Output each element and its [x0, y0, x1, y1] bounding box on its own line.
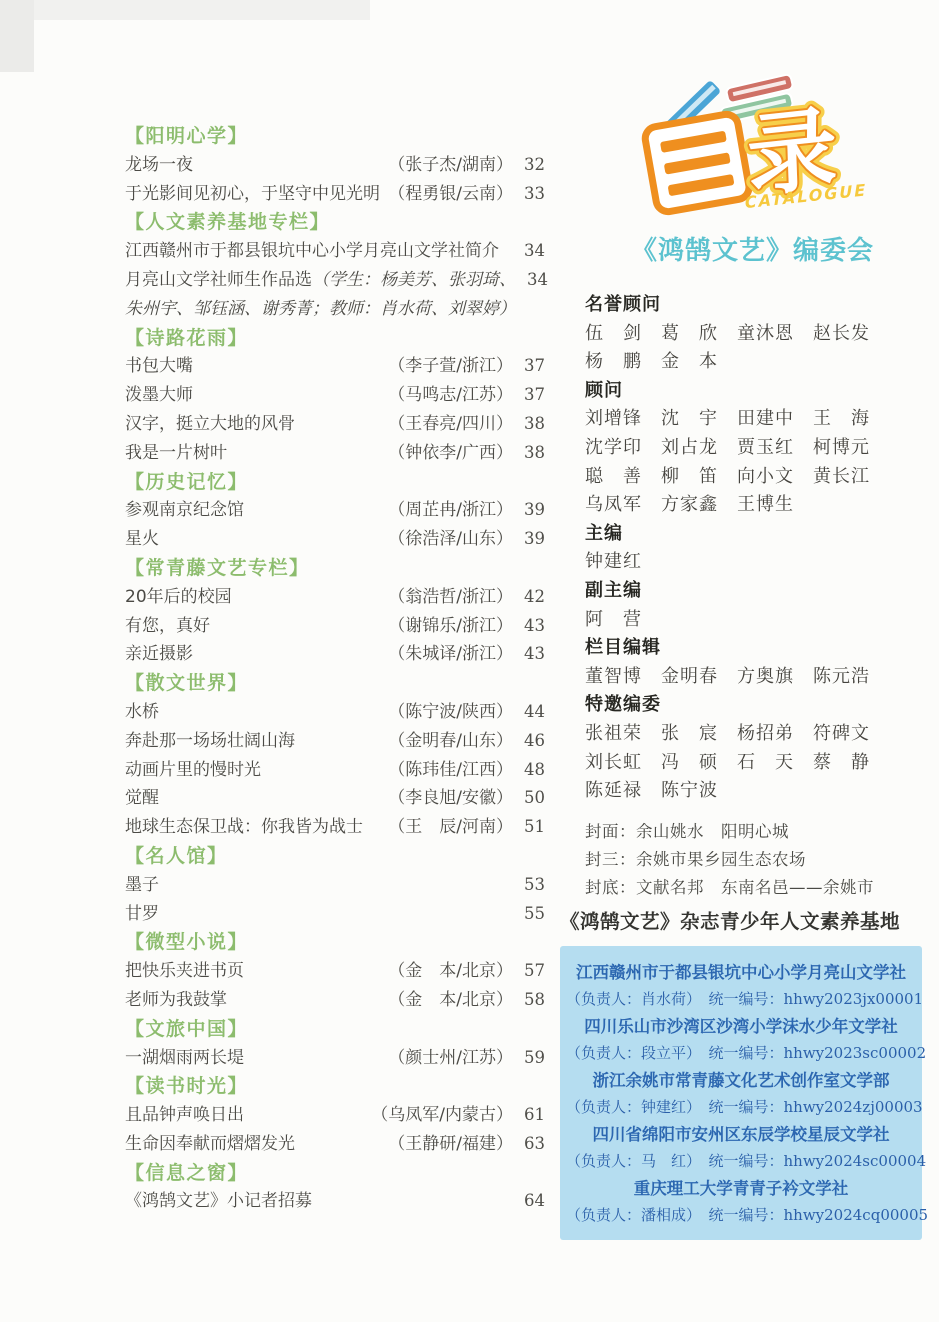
entry-page: 39 — [513, 525, 545, 554]
section-header: 【文旅中国】 — [125, 1015, 545, 1044]
entry-author: （马鸣志/江苏） — [388, 381, 513, 410]
toc-entry: 一湖烟雨两长堤 （颜士州/江苏） 59 — [125, 1044, 545, 1073]
group-names: 阿 营 — [585, 606, 920, 635]
entry-title: 朱州宇、邹钰涵、谢秀菁；教师：肖水荷、刘翠婷） — [125, 295, 516, 324]
entry-author: （颜士州/江苏） — [388, 1044, 513, 1073]
entry-page: 58 — [513, 986, 545, 1015]
section-header: 【常青藤文艺专栏】 — [125, 554, 545, 583]
section-header: 【信息之窗】 — [125, 1159, 545, 1188]
entry-page: 44 — [513, 698, 545, 727]
entry-title: 参观南京纪念馆 — [125, 496, 244, 525]
entry-title: 动画片里的慢时光 — [125, 756, 261, 785]
entry-page: 50 — [513, 784, 545, 813]
entry-title: 奔赴那一场场壮阔山海 — [125, 727, 295, 756]
cover-notes: 封面：余山姚水 阳明心城 封三：余姚市果乡园生态农场 封底：文献名邦 东南名邑—… — [585, 818, 920, 902]
entry-title: 觉醒 — [125, 784, 159, 813]
base-society-name: 四川省绵阳市安州区东辰学校星辰文学社 — [566, 1121, 916, 1148]
entry-title: 星火 — [125, 525, 159, 554]
group-label: 副主编 — [585, 577, 920, 606]
entry-page: 39 — [513, 496, 545, 525]
entry-title: 水桥 — [125, 698, 159, 727]
base-society-name: 江西赣州市于都县银坑中心小学月亮山文学社 — [566, 959, 916, 986]
group-names: 杨 鹏 金 本 — [585, 348, 920, 377]
entry-page: 37 — [513, 381, 545, 410]
section-header: 【散文世界】 — [125, 669, 545, 698]
entry-title: 把快乐夹进书页 — [125, 957, 244, 986]
entry-page: 34 — [513, 237, 545, 266]
board-groups: 名誉顾问 伍 剑 葛 欣 童沐恩 赵长发 杨 鹏 金 本 顾问 刘增锋 沈 宇 … — [585, 291, 920, 806]
toc-entry: 于光影间见初心，于坚守中见光明 （程勇银/云南） 33 — [125, 180, 545, 209]
cover-back: 封底：文献名邦 东南名邑——余姚市 — [585, 874, 920, 902]
entry-author: （谢锦乐/浙江） — [388, 612, 513, 641]
toc-entry: 参观南京纪念馆 （周芷冉/浙江） 39 — [125, 496, 545, 525]
base-society-info: （负责人：钟建红） 统一编号：hhwy2024zj00003 — [566, 1094, 916, 1121]
section-header: 【微型小说】 — [125, 928, 545, 957]
section-header: 【历史记忆】 — [125, 468, 545, 497]
section-header: 【读书时光】 — [125, 1072, 545, 1101]
group-names: 刘长虹 冯 硕 石 天 蔡 静 — [585, 749, 920, 778]
group-label: 特邀编委 — [585, 691, 920, 720]
cover-inside-back: 封三：余姚市果乡园生态农场 — [585, 846, 920, 874]
entry-page: 33 — [513, 180, 545, 209]
entry-title: 地球生态保卫战：你我皆为战士 — [125, 813, 363, 842]
entry-title: 江西赣州市于都县银坑中心小学月亮山文学社简介 — [125, 237, 499, 266]
toc-entry: 江西赣州市于都县银坑中心小学月亮山文学社简介 34 — [125, 237, 545, 266]
entry-author: （乌凤军/内蒙古） — [371, 1101, 513, 1130]
entry-page: 53 — [513, 871, 545, 900]
entry-author: （王春亮/四川） — [388, 410, 513, 439]
magazine-toc-page: 【阳明心学】 龙场一夜 （张子杰/湖南） 32 于光影间见初心，于坚守中见光明 … — [0, 0, 939, 1322]
toc-entry: 月亮山文学社师生作品选 （学生：杨美芳、张羽琦、 34 — [125, 266, 545, 295]
base-society-info: （负责人：段立平） 统一编号：hhwy2023sc00002 — [566, 1040, 916, 1067]
toc-entry: 20年后的校园 （翁浩哲/浙江） 42 — [125, 583, 545, 612]
entry-title: 生命因奉献而熠熠发光 — [125, 1130, 295, 1159]
cover-front: 封面：余山姚水 阳明心城 — [585, 818, 920, 846]
entry-title: 汉字，挺立大地的风骨 — [125, 410, 295, 439]
toc-entry: 地球生态保卫战：你我皆为战士 （王 辰/河南） 51 — [125, 813, 545, 842]
scan-artifact — [0, 0, 34, 72]
toc-entry: 生命因奉献而熠熠发光 （王静研/福建） 63 — [125, 1130, 545, 1159]
toc-column: 【阳明心学】 龙场一夜 （张子杰/湖南） 32 于光影间见初心，于坚守中见光明 … — [125, 122, 545, 1216]
base-society-info: （负责人：潘相成） 统一编号：hhwy2024cq00005 — [566, 1202, 916, 1229]
toc-entry: 且品钟声唤日出 （乌凤军/内蒙古） 61 — [125, 1101, 545, 1130]
toc-entry: 水桥 （陈宁波/陕西） 44 — [125, 698, 545, 727]
entry-page: 51 — [513, 813, 545, 842]
entry-page: 63 — [513, 1130, 545, 1159]
catalogue-logo: 录 录 CATALOGUE — [637, 66, 869, 216]
entry-title: 有您，真好 — [125, 612, 210, 641]
notebook-mu-glyph — [643, 112, 751, 213]
base-society-name: 重庆理工大学青青子衿文学社 — [566, 1175, 916, 1202]
base-section: 《鸿鹄文艺》杂志青少年人文素养基地 江西赣州市于都县银坑中心小学月亮山文学社 （… — [560, 906, 922, 1240]
entry-page: 61 — [513, 1101, 545, 1130]
entry-page: 46 — [513, 727, 545, 756]
group-label: 栏目编辑 — [585, 634, 920, 663]
entry-author: （张子杰/湖南） — [388, 151, 513, 180]
entry-author: （金 本/北京） — [388, 957, 513, 986]
entry-author: （金 本/北京） — [388, 986, 513, 1015]
entry-title: 一湖烟雨两长堤 — [125, 1044, 244, 1073]
scan-artifact — [0, 0, 370, 20]
toc-entry: 有您，真好 （谢锦乐/浙江） 43 — [125, 612, 545, 641]
group-names: 伍 剑 葛 欣 童沐恩 赵长发 — [585, 320, 920, 349]
base-society-name: 四川乐山市沙湾区沙湾小学沫水少年文学社 — [566, 1013, 916, 1040]
entry-title: 墨子 — [125, 871, 159, 900]
entry-title: 月亮山文学社师生作品选 — [125, 266, 312, 295]
entry-title: 泼墨大师 — [125, 381, 193, 410]
entry-author: （陈玮佳/江西） — [388, 756, 513, 785]
board-title: 《鸿鹄文艺》编委会 — [585, 230, 920, 267]
entry-title: 且品钟声唤日出 — [125, 1101, 244, 1130]
base-society-name: 浙江余姚市常青藤文化艺术创作室文学部 — [566, 1067, 916, 1094]
entry-title: 龙场一夜 — [125, 151, 193, 180]
editorial-column: 录 录 CATALOGUE 《鸿鹄文艺》编委会 名誉顾问 伍 剑 葛 欣 童沐恩… — [585, 66, 920, 902]
entry-title: 于光影间见初心，于坚守中见光明 — [125, 180, 380, 209]
entry-page: 43 — [513, 640, 545, 669]
group-label: 名誉顾问 — [585, 291, 920, 320]
toc-entry: 汉字，挺立大地的风骨 （王春亮/四川） 38 — [125, 410, 545, 439]
base-heading: 《鸿鹄文艺》杂志青少年人文素养基地 — [560, 906, 922, 934]
entry-author: （李子萱/浙江） — [388, 352, 513, 381]
section-header: 【阳明心学】 — [125, 122, 545, 151]
entry-author: （陈宁波/陕西） — [388, 698, 513, 727]
entry-author: （翁浩哲/浙江） — [388, 583, 513, 612]
group-names: 乌凤军 方家鑫 王博生 — [585, 491, 920, 520]
toc-entry: 把快乐夹进书页 （金 本/北京） 57 — [125, 957, 545, 986]
entry-title: 20年后的校园 — [125, 583, 232, 612]
section-header: 【人文素养基地专栏】 — [125, 208, 545, 237]
entry-page: 37 — [513, 352, 545, 381]
toc-entry-continuation: 朱州宇、邹钰涵、谢秀菁；教师：肖水荷、刘翠婷） — [125, 295, 545, 324]
section-header: 【名人馆】 — [125, 842, 545, 871]
section-header: 【诗路花雨】 — [125, 324, 545, 353]
entry-author: （徐浩泽/山东） — [388, 525, 513, 554]
entry-page: 42 — [513, 583, 545, 612]
toc-entry: 龙场一夜 （张子杰/湖南） 32 — [125, 151, 545, 180]
group-names: 张祖荣 张 宸 杨招弟 符碑文 — [585, 720, 920, 749]
entry-title: 我是一片树叶 — [125, 439, 227, 468]
base-society-info: （负责人：肖水荷） 统一编号：hhwy2023jx00001 — [566, 986, 916, 1013]
entry-author: （周芷冉/浙江） — [388, 496, 513, 525]
entry-page: 55 — [513, 900, 545, 929]
entry-page: 38 — [513, 410, 545, 439]
entry-author: （学生：杨美芳、张羽琦、 — [312, 266, 516, 295]
group-names: 刘增锋 沈 宇 田建中 王 海 — [585, 405, 920, 434]
toc-entry: 书包大嘴 （李子萱/浙江） 37 — [125, 352, 545, 381]
entry-author: （程勇银/云南） — [388, 180, 513, 209]
base-box: 江西赣州市于都县银坑中心小学月亮山文学社 （负责人：肖水荷） 统一编号：hhwy… — [560, 946, 922, 1240]
toc-entry: 墨子 53 — [125, 871, 545, 900]
entry-title: 书包大嘴 — [125, 352, 193, 381]
entry-author: （王 辰/河南） — [388, 813, 513, 842]
entry-author: （朱城译/浙江） — [388, 640, 513, 669]
entry-author: （李良旭/安徽） — [388, 784, 513, 813]
entry-page: 43 — [513, 612, 545, 641]
entry-page: 59 — [513, 1044, 545, 1073]
group-label: 主编 — [585, 520, 920, 549]
entry-title: 亲近摄影 — [125, 640, 193, 669]
entry-author: （金明春/山东） — [388, 727, 513, 756]
entry-page: 64 — [513, 1187, 545, 1216]
entry-author: （王静研/福建） — [388, 1130, 513, 1159]
toc-entry: 动画片里的慢时光 （陈玮佳/江西） 48 — [125, 756, 545, 785]
group-names: 钟建红 — [585, 548, 920, 577]
group-names: 沈学印 刘占龙 贾玉红 柯博元 — [585, 434, 920, 463]
entry-page: 57 — [513, 957, 545, 986]
toc-entry: 泼墨大师 （马鸣志/江苏） 37 — [125, 381, 545, 410]
toc-entry: 我是一片树叶 （钟依李/广西） 38 — [125, 439, 545, 468]
base-society-info: （负责人：马 红） 统一编号：hhwy2024sc00004 — [566, 1148, 916, 1175]
toc-entry: 奔赴那一场场壮阔山海 （金明春/山东） 46 — [125, 727, 545, 756]
entry-title: 老师为我鼓掌 — [125, 986, 227, 1015]
group-names: 聪 善 柳 笛 向小文 黄长江 — [585, 463, 920, 492]
group-names: 董智博 金明春 方奥旗 陈元浩 — [585, 663, 920, 692]
entry-author: （钟依李/广西） — [388, 439, 513, 468]
toc-entry: 甘罗 55 — [125, 900, 545, 929]
entry-page: 34 — [516, 266, 548, 295]
entry-title: 甘罗 — [125, 900, 159, 929]
group-names: 陈延禄 陈宁波 — [585, 777, 920, 806]
entry-page: 48 — [513, 756, 545, 785]
toc-entry: 亲近摄影 （朱城译/浙江） 43 — [125, 640, 545, 669]
toc-entry: 星火 （徐浩泽/山东） 39 — [125, 525, 545, 554]
entry-page: 32 — [513, 151, 545, 180]
toc-entry: 觉醒 （李良旭/安徽） 50 — [125, 784, 545, 813]
group-label: 顾问 — [585, 377, 920, 406]
entry-title: 《鸿鹄文艺》小记者招募 — [125, 1187, 312, 1216]
entry-page: 38 — [513, 439, 545, 468]
toc-entry: 《鸿鹄文艺》小记者招募 64 — [125, 1187, 545, 1216]
toc-entry: 老师为我鼓掌 （金 本/北京） 58 — [125, 986, 545, 1015]
